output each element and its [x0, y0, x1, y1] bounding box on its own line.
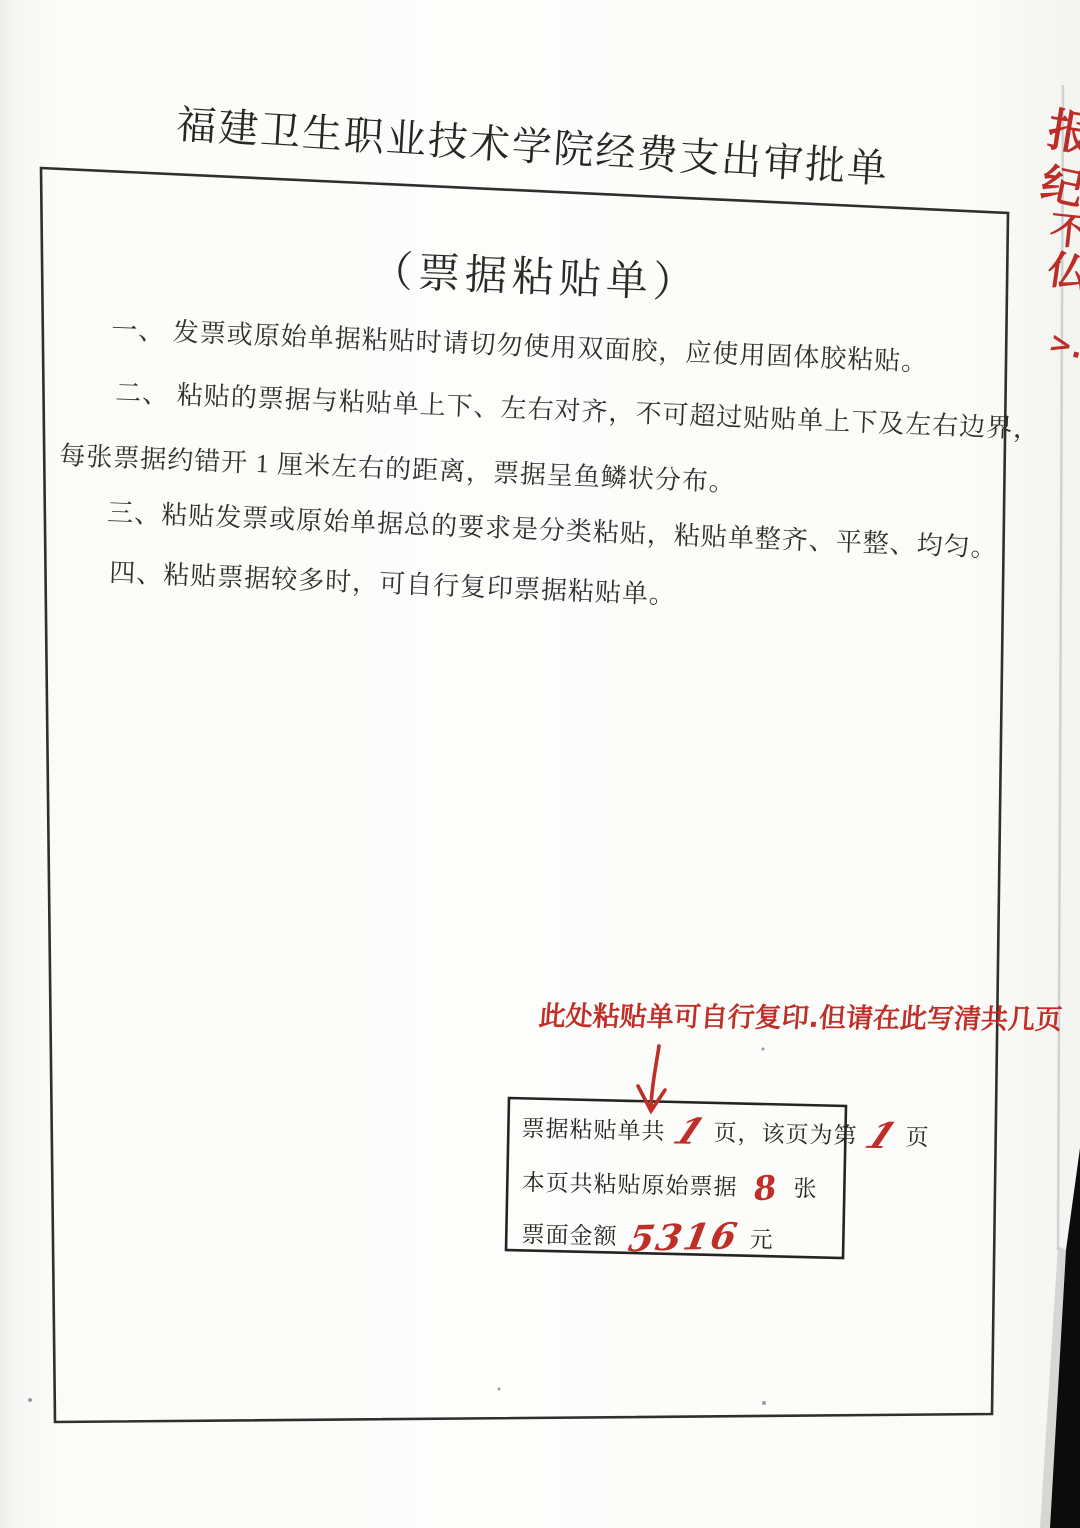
- receipts-label-prefix: 本页共粘贴原始票据: [521, 1170, 738, 1200]
- pages-label-suffix: 页: [905, 1125, 930, 1151]
- pages-label-prefix: 票据粘贴单共: [521, 1116, 666, 1144]
- pages-label-middle: 页，该页为第: [713, 1120, 858, 1148]
- scanned-document-page: { "document": { "title": "福建卫生职业技术学院经费支出…: [0, 0, 1080, 1528]
- marginalia-fragment-4: 仏: [1045, 250, 1080, 295]
- receipts-label-suffix: 张: [793, 1176, 818, 1202]
- page-artwork: [0, 0, 1080, 1528]
- handwritten-receipts-count: 8: [752, 1170, 779, 1205]
- amount-label-prefix: 票面金额: [521, 1222, 618, 1249]
- handwritten-page-number: 1: [860, 1118, 903, 1154]
- summary-row-amount: 票面金额5316元: [521, 1216, 774, 1258]
- marginalia-caret-mark: >.: [1046, 328, 1080, 363]
- marginalia-fragment-1: 报: [1045, 106, 1080, 159]
- handwritten-pages-total: 1: [668, 1114, 711, 1150]
- summary-row-receipts: 本页共粘贴原始票据8张: [521, 1166, 818, 1206]
- amount-label-suffix: 元: [749, 1227, 774, 1253]
- marginalia-fragment-3: 不: [1048, 210, 1080, 252]
- handwritten-amount: 5316: [626, 1218, 742, 1257]
- marginalia-fragment-2: 纪: [1037, 162, 1080, 212]
- handwritten-note: 此处粘贴单可自行复印.但请在此写清共几页: [537, 1000, 1063, 1037]
